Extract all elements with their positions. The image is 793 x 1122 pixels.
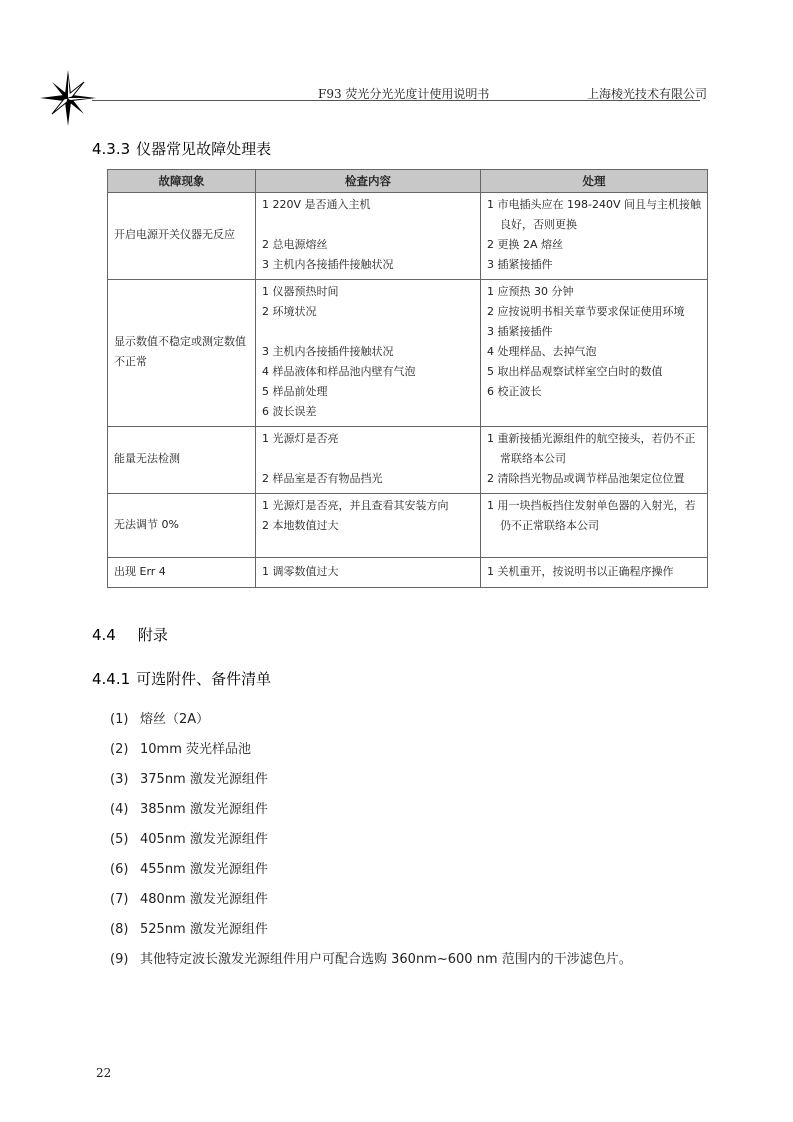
- compass-star-icon: [40, 70, 96, 126]
- section-heading-4-4: 4.4附录: [92, 624, 168, 645]
- symptom-cell: 出现 Err 4: [108, 558, 256, 588]
- action-item: 1 重新接插光源组件的航空接头，若仍不正常联络本公司: [487, 429, 701, 469]
- check-item: 1 光源灯是否亮，并且查看其安装方向: [262, 496, 474, 516]
- section-number: 4.4: [92, 626, 116, 644]
- list-item: (3)375nm 激发光源组件: [110, 770, 632, 800]
- symptom-cell: 无法调节 0%: [108, 494, 256, 558]
- check-cell: 1 光源灯是否亮 2 样品室是否有物品挡光: [256, 427, 481, 494]
- column-header-action: 处理: [481, 170, 708, 193]
- section-title: 附录: [138, 626, 168, 644]
- column-header-symptom: 故障现象: [108, 170, 256, 193]
- check-item: 2 样品室是否有物品挡光: [262, 469, 474, 489]
- check-item: 6 波长误差: [262, 402, 474, 422]
- action-item: 4 处理样品、去掉气泡: [487, 342, 701, 362]
- check-item: 3 主机内各接插件接触状况: [262, 342, 474, 362]
- action-item: 1 应预热 30 分钟: [487, 282, 701, 302]
- table-row: 显示数值不稳定或测定数值不正常 1 仪器预热时间 2 环境状况 3 主机内各接插…: [108, 280, 708, 427]
- column-header-check: 检查内容: [256, 170, 481, 193]
- table-row: 开启电源开关仪器无反应 1 220V 是否通入主机 2 总电源熔丝 3 主机内各…: [108, 193, 708, 280]
- check-item: 1 220V 是否通入主机: [262, 195, 474, 215]
- check-item: 1 调零数值过大: [262, 562, 474, 582]
- table-row: 出现 Err 4 1 调零数值过大 1 关机重开，按说明书以正确程序操作: [108, 558, 708, 588]
- section-title: 仪器常见故障处理表: [136, 140, 271, 158]
- check-item: 2 本地数值过大: [262, 516, 474, 536]
- check-cell: 1 调零数值过大: [256, 558, 481, 588]
- list-item: (4)385nm 激发光源组件: [110, 800, 632, 830]
- check-item: 5 样品前处理: [262, 382, 474, 402]
- action-item: 2 应按说明书相关章节要求保证使用环境: [487, 302, 701, 322]
- check-item: 2 环境状况: [262, 302, 474, 322]
- action-cell: 1 市电插头应在 198-240V 间且与主机接触良好，否则更换 2 更换 2A…: [481, 193, 708, 280]
- action-item: 1 市电插头应在 198-240V 间且与主机接触良好，否则更换: [487, 195, 701, 235]
- document-title: F93 荧光分光光度计使用说明书: [318, 85, 489, 102]
- action-item: 5 取出样品观察试样室空白时的数值: [487, 362, 701, 382]
- list-item: (7)480nm 激发光源组件: [110, 890, 632, 920]
- symptom-cell: 开启电源开关仪器无反应: [108, 193, 256, 280]
- section-number: 4.3.3: [92, 140, 130, 158]
- check-cell: 1 220V 是否通入主机 2 总电源熔丝 3 主机内各接插件接触状况: [256, 193, 481, 280]
- company-name: 上海棱光技术有限公司: [587, 85, 707, 102]
- check-cell: 1 光源灯是否亮，并且查看其安装方向 2 本地数值过大: [256, 494, 481, 558]
- list-item: (5)405nm 激发光源组件: [110, 830, 632, 860]
- list-item: (2)10mm 荧光样品池: [110, 740, 632, 770]
- action-item: 2 更换 2A 熔丝: [487, 235, 701, 255]
- list-item: (1)熔丝（2A）: [110, 710, 632, 740]
- check-item: 2 总电源熔丝: [262, 235, 474, 255]
- list-item: (6)455nm 激发光源组件: [110, 860, 632, 890]
- section-heading-4-3-3: 4.3.3仪器常见故障处理表: [92, 138, 271, 159]
- accessory-list: (1)熔丝（2A） (2)10mm 荧光样品池 (3)375nm 激发光源组件 …: [110, 710, 632, 980]
- check-item: 3 主机内各接插件接触状况: [262, 255, 474, 275]
- check-item: 1 仪器预热时间: [262, 282, 474, 302]
- action-item: 6 校正波长: [487, 382, 701, 402]
- table-header-row: 故障现象 检查内容 处理: [108, 170, 708, 193]
- action-item: 1 关机重开，按说明书以正确程序操作: [487, 562, 701, 582]
- action-item: 2 清除挡光物品或调节样品池架定位位置: [487, 469, 701, 489]
- list-item: (9)其他特定波长激发光源组件用户可配合选购 360nm~600 nm 范围内的…: [110, 950, 632, 980]
- list-item: (8)525nm 激发光源组件: [110, 920, 632, 950]
- action-item: 3 插紧接插件: [487, 255, 701, 275]
- page-number: 22: [96, 1066, 111, 1080]
- check-item: 4 样品液体和样品池内壁有气泡: [262, 362, 474, 382]
- section-title: 可选附件、备件清单: [136, 670, 271, 688]
- table-row: 能量无法检测 1 光源灯是否亮 2 样品室是否有物品挡光 1 重新接插光源组件的…: [108, 427, 708, 494]
- fault-table: 故障现象 检查内容 处理 开启电源开关仪器无反应 1 220V 是否通入主机 2…: [107, 169, 708, 588]
- action-cell: 1 用一块挡板挡住发射单色器的入射光，若仍不正常联络本公司: [481, 494, 708, 558]
- action-cell: 1 重新接插光源组件的航空接头，若仍不正常联络本公司 2 清除挡光物品或调节样品…: [481, 427, 708, 494]
- check-item: 1 光源灯是否亮: [262, 429, 474, 449]
- action-item: 1 用一块挡板挡住发射单色器的入射光，若仍不正常联络本公司: [487, 496, 701, 536]
- section-heading-4-4-1: 4.4.1可选附件、备件清单: [92, 668, 271, 689]
- symptom-cell: 能量无法检测: [108, 427, 256, 494]
- action-cell: 1 应预热 30 分钟 2 应按说明书相关章节要求保证使用环境 3 插紧接插件 …: [481, 280, 708, 427]
- check-cell: 1 仪器预热时间 2 环境状况 3 主机内各接插件接触状况 4 样品液体和样品池…: [256, 280, 481, 427]
- action-item: 3 插紧接插件: [487, 322, 701, 342]
- section-number: 4.4.1: [92, 670, 130, 688]
- table-row: 无法调节 0% 1 光源灯是否亮，并且查看其安装方向 2 本地数值过大 1 用一…: [108, 494, 708, 558]
- symptom-cell: 显示数值不稳定或测定数值不正常: [108, 280, 256, 427]
- action-cell: 1 关机重开，按说明书以正确程序操作: [481, 558, 708, 588]
